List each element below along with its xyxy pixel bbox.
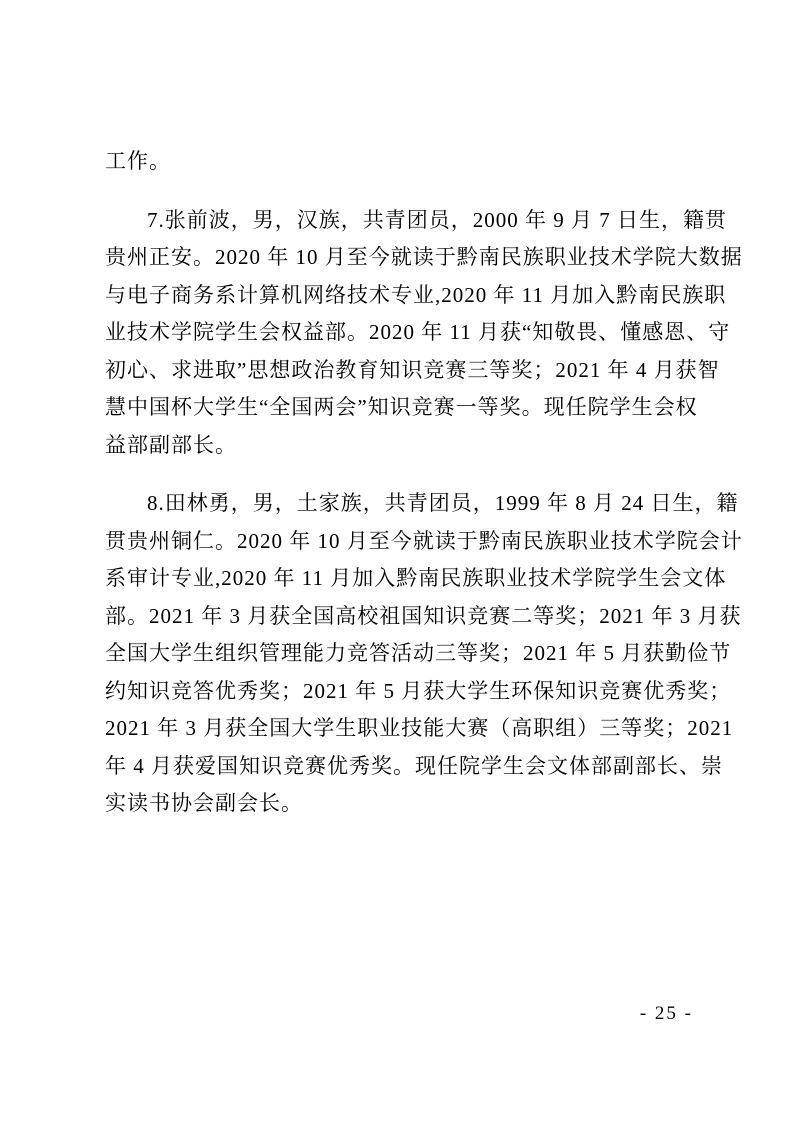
document-page: 工作。7.张前波，男，汉族，共青团员，2000 年 9 月 7 日生，籍贯贵州正… — [0, 0, 793, 1122]
paragraph-line: 慧中国杯大学生“全国两会”知识竞赛一等奖。现任院学生会权 — [105, 389, 691, 427]
paragraph-line: 与电子商务系计算机网络技术专业,2020 年 11 月加入黔南民族职 — [105, 277, 691, 315]
paragraph: 7.张前波，男，汉族，共青团员，2000 年 9 月 7 日生，籍贯贵州正安。2… — [105, 202, 691, 465]
paragraph-line: 工作。 — [105, 143, 691, 181]
paragraph: 8.田林勇，男，土家族，共青团员，1999 年 8 月 24 日生，籍贯贵州铜仁… — [105, 485, 691, 823]
paragraph-line: 业技术学院学生会权益部。2020 年 11 月获“知敬畏、懂感恩、守 — [105, 314, 691, 352]
paragraph-line: 益部副部长。 — [105, 427, 691, 465]
paragraph: 工作。 — [105, 143, 691, 181]
paragraph-line: 约知识竞答优秀奖；2021 年 5 月获大学生环保知识竞赛优秀奖； — [105, 673, 691, 711]
paragraph-line: 7.张前波，男，汉族，共青团员，2000 年 9 月 7 日生，籍贯 — [105, 202, 691, 240]
paragraph-line: 部。2021 年 3 月获全国高校祖国知识竞赛二等奖；2021 年 3 月获 — [105, 598, 691, 636]
document-body: 工作。7.张前波，男，汉族，共青团员，2000 年 9 月 7 日生，籍贯贵州正… — [105, 143, 691, 844]
paragraph-line: 贯贵州铜仁。2020 年 10 月至今就读于黔南民族职业技术学院会计 — [105, 523, 691, 561]
paragraph-line: 全国大学生组织管理能力竞答活动三等奖；2021 年 5 月获勤俭节 — [105, 635, 691, 673]
page-number: - 25 - — [640, 1002, 693, 1026]
paragraph-line: 2021 年 3 月获全国大学生职业技能大赛（高职组）三等奖；2021 — [105, 710, 691, 748]
paragraph-line: 实读书协会副会长。 — [105, 785, 691, 823]
paragraph-line: 初心、求进取”思想政治教育知识竞赛三等奖；2021 年 4 月获智 — [105, 352, 691, 390]
paragraph-line: 系审计专业,2020 年 11 月加入黔南民族职业技术学院学生会文体 — [105, 560, 691, 598]
paragraph-line: 8.田林勇，男，土家族，共青团员，1999 年 8 月 24 日生，籍 — [105, 485, 691, 523]
paragraph-line: 贵州正安。2020 年 10 月至今就读于黔南民族职业技术学院大数据 — [105, 239, 691, 277]
paragraph-line: 年 4 月获爱国知识竞赛优秀奖。现任院学生会文体部副部长、崇 — [105, 748, 691, 786]
